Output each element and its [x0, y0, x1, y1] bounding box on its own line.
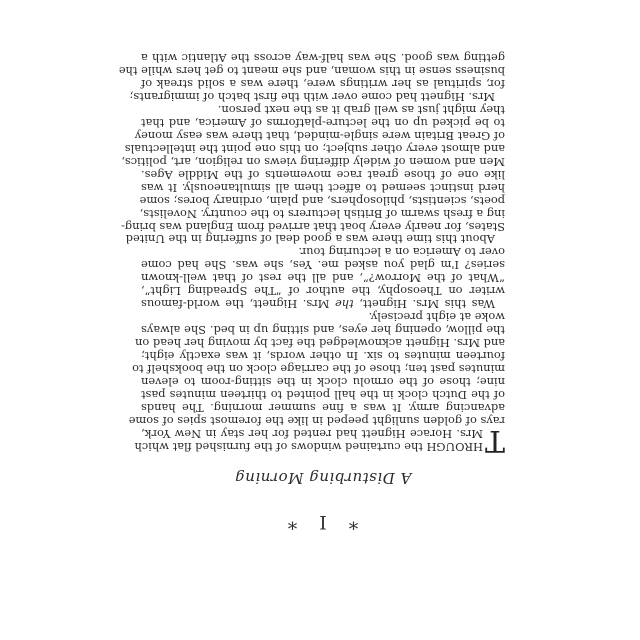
chapter-title: A Disturbing Morning [141, 470, 505, 486]
text-line: of the Dutch clock in the hall pointed t… [141, 388, 505, 401]
text-line: getting was good. She was half-way acros… [141, 51, 505, 64]
chapter-body: T HROUGH the curtained windows of the fu… [141, 51, 505, 453]
text-line: business sense in this woman, and she me… [141, 64, 505, 77]
text-line: “What of the Morrow?”, and all the rest … [141, 271, 505, 284]
text-line: Mrs. Hignett had come over with the firs… [141, 90, 505, 103]
book-page: * I * A Disturbing Morning T HROUGH the … [0, 0, 640, 640]
text-line: and almost every other subject; on this … [141, 142, 505, 155]
text-line: woke at eight precisely. [141, 310, 505, 323]
text-lines: Mrs. Horace Hignett had rented for her s… [141, 51, 505, 440]
text-line: States, for nearly every boat that arriv… [141, 220, 505, 233]
text-line: Was this Mrs. Hignett, the Mrs. Hignett,… [141, 297, 505, 310]
page-content: * I * A Disturbing Morning T HROUGH the … [141, 51, 505, 532]
text-line: like one of those great race movements o… [141, 168, 505, 181]
text-line: writer on Theosophy, the author of “The … [141, 284, 505, 297]
text-line: herd instinct seemed to affect them all … [141, 181, 505, 194]
text-line: they might just as well grab it as the n… [141, 103, 505, 116]
first-line: T HROUGH the curtained windows of the fu… [141, 440, 505, 453]
text-line: for, spiritual as her writings were, the… [141, 77, 505, 90]
text-line: nine; those of the ormolu clock in the s… [141, 375, 505, 388]
text-line: poets, scientists, philosophers, and pla… [141, 194, 505, 207]
text-line: Men and women of widely differing views … [141, 155, 505, 168]
text-line: fourteen minutes to six. In other words,… [141, 349, 505, 362]
text-line: Mrs. Horace Hignett had rented for her s… [141, 427, 505, 440]
first-line-text: HROUGH the curtained windows of the furn… [135, 440, 483, 454]
text-line: ing a fresh swarm of British lecturers t… [141, 207, 505, 220]
text-line: About this time there was a good deal of… [141, 233, 505, 246]
text-line: series? I'm glad you asked me. Yes, she … [141, 258, 505, 271]
text-line: the pillow, opening her eyes, and sittin… [141, 323, 505, 336]
text-line: of Great Britain were single-minded, tha… [141, 129, 505, 142]
text-line: and Mrs. Hignett acknowledged the fact b… [141, 336, 505, 349]
text-line: advancing army. It was a fine summer mor… [141, 401, 505, 414]
text-line: rays of golden sunlight peeped in like t… [141, 414, 505, 427]
text-line: over to America on a lecturing tour. [141, 246, 505, 259]
text-line: to be picked up on the lecture-platforms… [141, 116, 505, 129]
chapter-number: * I * [141, 512, 505, 532]
text-line: minutes past ten; those of the carriage … [141, 362, 505, 375]
drop-cap: T [485, 426, 505, 454]
